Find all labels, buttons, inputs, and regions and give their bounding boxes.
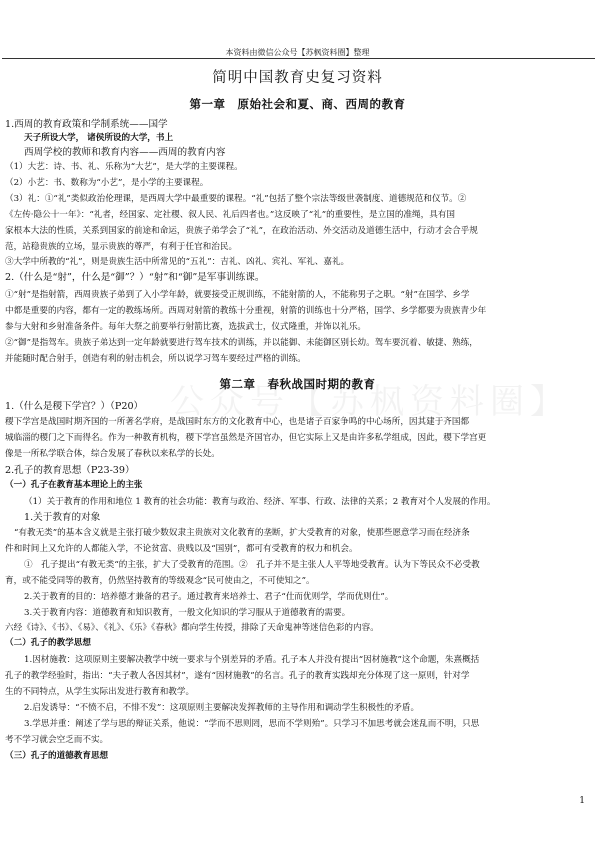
paragraph-line: 家根本大法的性质，关系到国家的前途和命运，贵族子弟学会了“礼”，在政治活动、外交…	[5, 225, 590, 238]
list-item: （3）礼：①“礼”类似政治伦理课，是西周大学中最重要的课程。“礼”包括了整个宗法…	[5, 193, 590, 206]
paragraph-line: “有教无类”的基本含义就是主张打破少数奴隶主贵族对文化教育的垄断，扩大受教育的对…	[14, 527, 590, 540]
paragraph-line: 像是一所私学联合体，综合发展了春秋以来私学的长处。	[5, 448, 590, 461]
section-heading: 1.西周的教育政策和学制系统——国学	[5, 118, 590, 131]
subheading: （二）孔子的教学思想	[5, 637, 590, 650]
paragraph-line: 中都是重要的内容，都有一定的教练场所。西周对射箭的教练十分重视，射箭的训练也十分…	[5, 305, 590, 318]
paragraph-line: 3.学思并重：阐述了学与思的辩证关系，他说：“学而不思则罔，思而不学则殆”。只学…	[24, 718, 590, 731]
paragraph-line: 考不学习就会空乏而不实。	[5, 734, 590, 747]
chapter-1-heading: 第一章 原始社会和夏、商、西周的教育	[0, 96, 595, 112]
paragraph-line: ①“射”是指射箭，西周贵族子弟到了入小学年龄，就要接受正规训练，不能射箭的人，不…	[5, 289, 590, 302]
paragraph-line: （1）关于教育的作用和地位 1 教育的社会功能：教育与政治、经济、军事、行政、法…	[24, 496, 590, 509]
paragraph-line: 生的不同特点，从学生实际出发进行教育和教学。	[5, 686, 590, 699]
paragraph-line: 六经《诗》、《书》、《易》、《礼》、《乐》《春秋》都向学生传授，排除了天命鬼神等…	[5, 622, 590, 635]
paragraph-line: 2.关于教育的目的：培养德才兼备的君子。通过教育来培养士、君子“仕而优则学，学而…	[24, 591, 590, 604]
paragraph-line: 《左传·隐公十一年》：“礼者，经国家、定社稷、叙人民、礼后四者也。”这反映了“礼…	[5, 209, 590, 222]
header-divider	[2, 58, 595, 59]
paragraph-line: 2.启发诱导：“不愤不启，不悱不发”：这项原则主要解决发挥教师的主导作用和调动学…	[24, 702, 590, 715]
paragraph-line: 并能随时配合射手，创造有利的射击机会，所以说学习驾车要经过严格的训练。	[5, 353, 590, 366]
list-item: （2）小艺：书、数称为“小艺”，是小学的主要课程。	[5, 177, 590, 190]
document-title: 简明中国教育史复习资料	[0, 66, 595, 87]
paragraph-line: 稷下学宫是战国时期齐国的一所著名学府，是战国时东方的文化教育中心，也是诸子百家争…	[5, 416, 590, 429]
page-number: 1	[579, 796, 585, 806]
section-heading: 1.（什么是稷下学宫？）（P20）	[5, 400, 590, 413]
subheading: 西周学校的教师和教育内容——西周的教育内容	[24, 146, 590, 159]
list-item: （1）大艺：诗、书、礼、乐称为“大艺”，是大学的主要课程。	[5, 161, 590, 174]
paragraph-line: 3.关于教育内容：道德教育和知识教育，一般文化知识的学习服从于道德教育的需要。	[24, 607, 590, 620]
paragraph-line: 孔子的教学经验时，指出：“夫子教人各因其材”，遂有“因材施教”的名言。孔子的教育…	[5, 670, 590, 683]
paragraph-line: ① 孔子提出“有教无类“的主张，扩大了受教育的范围。② 孔子并不是主张人人平等地…	[24, 559, 590, 572]
subheading: （一）孔子在教育基本理论上的主张	[5, 479, 590, 492]
paragraph-line: 范，站稳贵族的立场，显示贵族的尊严，有利于任官和治民。	[5, 241, 590, 254]
paragraph-line: 天子所设大学， 诸侯所设的大学，书上	[24, 132, 590, 145]
subheading: （三）孔子的道德教育思想	[5, 750, 590, 763]
paragraph-line: 参与大射和乡射准备条件。每年大祭之前要举行射箭比赛，选拔武士，仪式隆重，并饰以礼…	[5, 321, 590, 334]
chapter-2-heading: 第二章 春秋战国时期的教育	[0, 376, 595, 392]
section-heading: 2.（什么是“射”，什么是“御”？）“射”和“御”是军事训练课。	[5, 271, 590, 284]
paragraph-line: 城临淄的稷门之下而得名。作为一种教育机构，稷下学宫虽然是齐国官办，但它实际上又是…	[5, 432, 590, 445]
paragraph-line: ②“御”是指驾车。贵族子弟达到一定年龄就要进行驾车技术的训练，并以能御、未能御区…	[5, 337, 590, 350]
paragraph-line: 1.因材施教：这项原则主要解决教学中统一要求与个别差异的矛盾。孔子本人并没有提出…	[24, 654, 590, 667]
document-page: 本资料由微信公众号【苏枫资料圈】整理 简明中国教育史复习资料 第一章 原始社会和…	[0, 0, 595, 841]
header-note: 本资料由微信公众号【苏枫资料圈】整理	[0, 47, 595, 58]
subheading: 1.关于教育的对象	[24, 511, 590, 524]
paragraph-line: 件和时间上又允许的人都能入学，不论贫富、贵贱以及“国别”，都可有受教育的权力和机…	[5, 543, 590, 556]
section-heading: 2.孔子的教育思想（P23-39）	[5, 464, 590, 477]
paragraph-line: ③大学中所教的“礼”，则是贵族生活中所常见的“五礼”：吉礼、凶礼、宾礼、军礼、嘉…	[5, 256, 590, 269]
paragraph-line: 育，或不能受同等的教育，仍然坚持教育的等级观念“民可使由之，不可使知之”。	[5, 575, 590, 588]
